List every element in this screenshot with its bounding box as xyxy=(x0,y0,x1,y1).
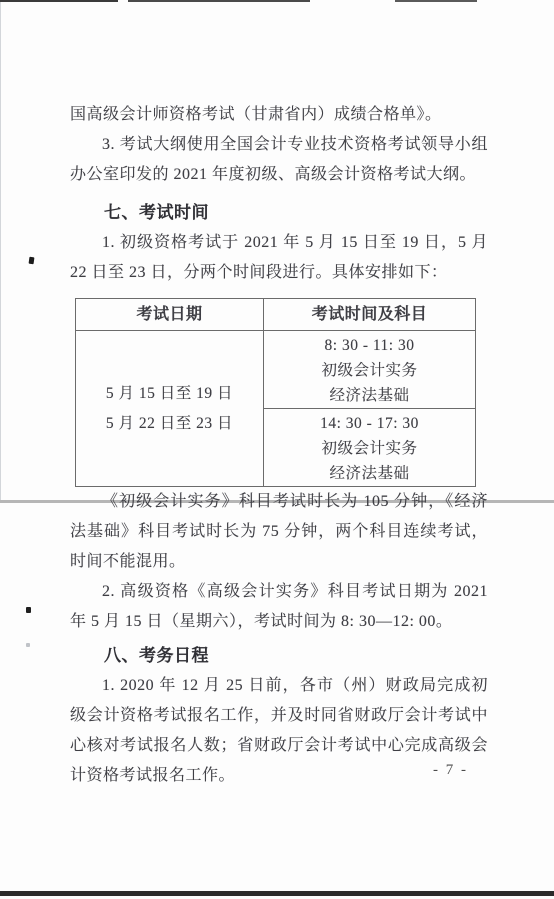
paragraph-exam-duration: 《初级会计实务》科目考试时长为 105 分钟，《经济法基础》科目考试时长为 75… xyxy=(70,487,488,577)
heading-exam-time: 七、考试时间 xyxy=(70,198,488,228)
exam-date-range-2: 5 月 22 日至 23 日 xyxy=(76,409,263,439)
paragraph-exam-outline: 3. 考试大纲使用全国会计专业技术资格考试领导小组办公室印发的 2021 年度初… xyxy=(70,130,488,190)
table-header-row: 考试日期 考试时间及科目 xyxy=(76,299,476,331)
page-number: - 7 - xyxy=(433,760,468,780)
paragraph-senior-exam-date: 2. 高级资格《高级会计实务》科目考试日期为 2021 年 5 月 15 日（星… xyxy=(70,577,488,637)
scan-edge-top xyxy=(128,0,310,2)
scan-edge-bottom xyxy=(0,891,554,896)
scan-edge-left xyxy=(0,0,1,500)
ink-speck xyxy=(26,607,31,613)
session-subject: 初级会计实务 xyxy=(264,358,475,383)
scan-edge-top xyxy=(0,0,118,2)
session-time: 8: 30 - 11: 30 xyxy=(264,331,475,358)
exam-schedule-table: 考试日期 考试时间及科目 5 月 15 日至 19 日 5 月 22 日至 23… xyxy=(75,298,476,487)
table-cell-morning-session: 8: 30 - 11: 30 初级会计实务 经济法基础 xyxy=(264,331,476,409)
paragraph-junior-exam-dates: 1. 初级资格考试于 2021 年 5 月 15 日至 19 日，5 月 22 … xyxy=(70,228,488,288)
scan-edge-top xyxy=(395,0,477,2)
table-row: 5 月 15 日至 19 日 5 月 22 日至 23 日 8: 30 - 11… xyxy=(76,331,476,409)
paragraph-registration-schedule: 1. 2020 年 12 月 25 日前，各市（州）财政局完成初级会计资格考试报… xyxy=(70,671,488,791)
document-content: 国高级会计师资格考试（甘肃省内）成绩合格单》。 3. 考试大纲使用全国会计专业技… xyxy=(70,100,488,791)
paragraph-score-certificate: 国高级会计师资格考试（甘肃省内）成绩合格单》。 xyxy=(70,100,488,130)
table-header-exam-date: 考试日期 xyxy=(76,299,264,331)
ink-speck xyxy=(26,643,30,647)
session-subject: 经济法基础 xyxy=(264,461,475,486)
heading-exam-calendar: 八、考务日程 xyxy=(70,641,488,671)
ink-speck xyxy=(29,257,35,265)
session-subject: 初级会计实务 xyxy=(264,436,475,461)
session-time: 14: 30 - 17: 30 xyxy=(264,409,475,436)
table-cell-afternoon-session: 14: 30 - 17: 30 初级会计实务 经济法基础 xyxy=(264,409,476,487)
table-header-exam-time-subject: 考试时间及科目 xyxy=(264,299,476,331)
document-page: 国高级会计师资格考试（甘肃省内）成绩合格单》。 3. 考试大纲使用全国会计专业技… xyxy=(0,0,554,899)
table-cell-exam-dates: 5 月 15 日至 19 日 5 月 22 日至 23 日 xyxy=(76,331,264,487)
session-subject: 经济法基础 xyxy=(264,383,475,408)
exam-date-range-1: 5 月 15 日至 19 日 xyxy=(76,379,263,409)
